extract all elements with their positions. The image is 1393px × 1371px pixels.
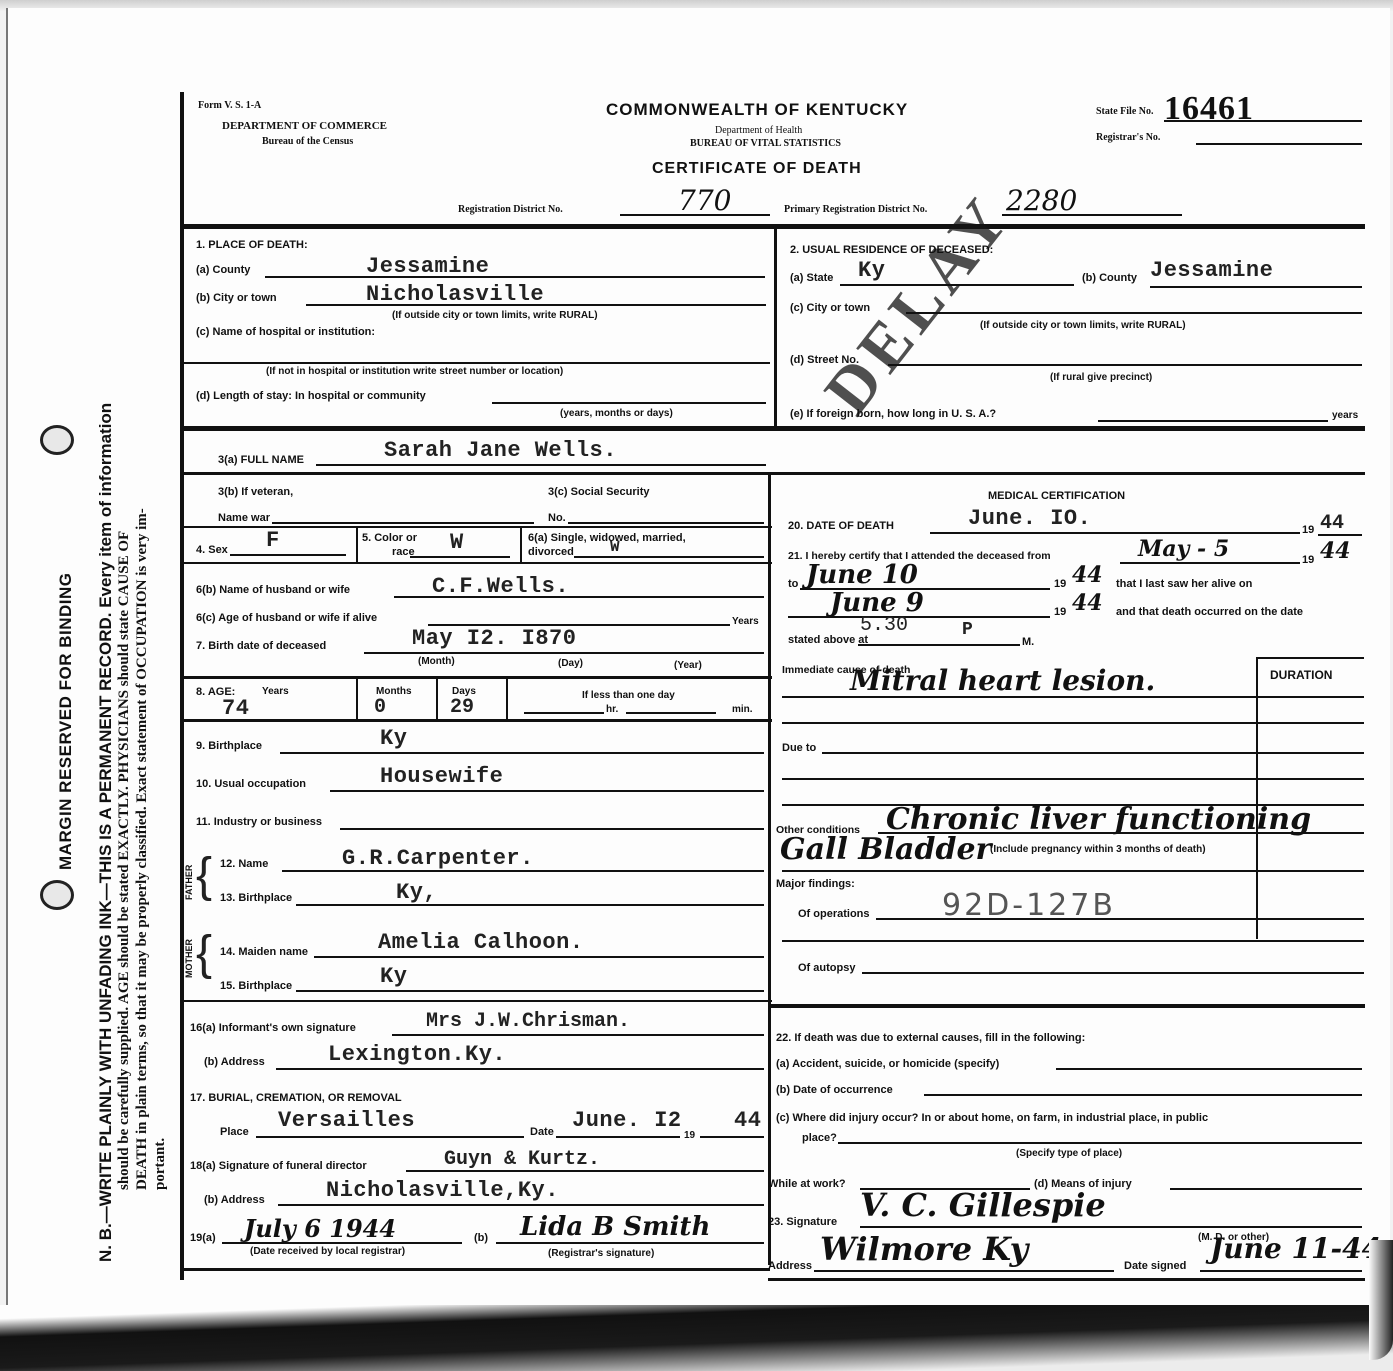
ampm-value: P <box>962 620 973 640</box>
mother-birthplace-label: 15. Birthplace <box>220 980 292 992</box>
instructions-line-2: should be carefully supplied. AGE should… <box>116 531 133 1190</box>
physician-signature-value: V. C. Gillespie <box>860 1186 1106 1224</box>
less-than-day-label: If less than one day <box>582 690 675 701</box>
last-saw-label: that I last saw her alive on <box>1116 578 1252 590</box>
stay-note: (years, months or days) <box>560 408 673 419</box>
informant-address-label: (b) Address <box>204 1056 265 1068</box>
attended-from-year: 44 <box>1320 538 1351 564</box>
informant-signature-value: Mrs J.W.Chrisman. <box>426 1010 630 1033</box>
burial-year-value: 44 <box>734 1108 761 1133</box>
instructions-line-4: portant. <box>152 1138 169 1190</box>
birth-date-value: May I2. I870 <box>412 626 576 651</box>
last-saw-year: 44 <box>1072 590 1103 616</box>
operations-label: Of operations <box>798 908 870 920</box>
primary-district-number: 2280 <box>1006 184 1077 217</box>
instructions-line-1: N. B.—WRITE PLAINLY WITH UNFADING INK—TH… <box>96 403 116 1262</box>
full-name-label: 3(a) FULL NAME <box>218 454 304 466</box>
sex-value: F <box>266 528 280 553</box>
registrar-note: (Registrar's signature) <box>548 1248 654 1259</box>
attended-to-year: 44 <box>1072 562 1103 588</box>
page-curl <box>1369 1240 1393 1360</box>
birth-year-note: (Year) <box>674 660 702 671</box>
place-note: (Specify type of place) <box>1016 1148 1122 1159</box>
burial-date-value: June. I2 <box>572 1108 682 1133</box>
birth-date-label: 7. Birth date of deceased <box>196 640 326 652</box>
foreign-born-unit: years <box>1332 410 1358 421</box>
spouse-age-label: 6(c) Age of husband or wife if alive <box>196 612 377 624</box>
attended-from-value: May - 5 <box>1138 536 1229 562</box>
date-signed-value: June 11-44 <box>1210 1232 1381 1265</box>
state-file-number: 16461 <box>1164 90 1254 128</box>
burial-place-value: Versailles <box>278 1108 415 1133</box>
mother-side-label: MOTHER <box>184 939 194 978</box>
signature-label: 23. Signature <box>768 1216 837 1228</box>
stay-label: (d) Length of stay: In hospital or commu… <box>196 390 426 402</box>
bureau-vital-statistics: BUREAU OF VITAL STATISTICS <box>690 138 841 149</box>
death-certificate-form: Form V. S. 1-A DEPARTMENT OF COMMERCE Bu… <box>170 92 1365 1280</box>
hospital-note: (If not in hospital or institution write… <box>266 366 563 377</box>
birth-month-note: (Month) <box>418 656 455 667</box>
color-value: W <box>450 530 464 555</box>
min-label: min. <box>732 704 753 715</box>
director-address-label: (b) Address <box>204 1194 265 1206</box>
birth-day-note: (Day) <box>558 658 583 669</box>
registration-district-label: Registration District No. <box>458 204 563 215</box>
major-findings-label: Major findings: <box>776 878 855 890</box>
registration-district-number: 770 <box>678 184 731 217</box>
attended-to-value: June 10 <box>806 560 918 590</box>
binding-hole-icon <box>40 425 74 455</box>
city-note: (If outside city or town limits, write R… <box>980 320 1186 331</box>
pregnancy-note: (Include pregnancy within 3 months of de… <box>990 844 1206 855</box>
spouse-age-unit: Years <box>732 616 759 627</box>
burial-date-label: Date <box>530 1126 554 1138</box>
funeral-director-value: Guyn & Kurtz. <box>444 1148 600 1171</box>
primary-district-label: Primary Registration District No. <box>784 204 927 215</box>
department-of-health: Department of Health <box>715 125 802 136</box>
received-date-value: July 6 1944 <box>244 1214 396 1243</box>
age-years-label: Years <box>262 686 289 697</box>
ss-label: 3(c) Social Security <box>548 486 650 498</box>
hr-label: hr. <box>606 704 618 715</box>
medical-heading: MEDICAL CERTIFICATION <box>988 490 1125 502</box>
received-label: 19(a) <box>190 1232 216 1244</box>
marital-value: W <box>610 538 620 556</box>
divorced-label: divorced <box>528 546 574 558</box>
form-left-border <box>180 92 184 1280</box>
attended-to-year-prefix: 19 <box>1054 578 1066 590</box>
external-heading: 22. If death was due to external causes,… <box>776 1032 1085 1044</box>
birthplace-label: 9. Birthplace <box>196 740 262 752</box>
father-name-value: G.R.Carpenter. <box>342 846 534 871</box>
city-label: (b) City or town <box>196 292 277 304</box>
last-saw-year-prefix: 19 <box>1054 606 1066 618</box>
ss-no-label: No. <box>548 512 566 524</box>
county-value: Jessamine <box>1150 258 1273 283</box>
state-label: (a) State <box>790 272 833 284</box>
color-label: 5. Color or <box>362 532 417 544</box>
to-label: to <box>788 578 798 590</box>
marital-label: 6(a) Single, widowed, married, <box>528 532 686 544</box>
burial-year-prefix: 19 <box>684 1130 695 1141</box>
registrar-no-label: Registrar's No. <box>1096 132 1160 143</box>
mother-birthplace-value: Ky <box>380 964 407 989</box>
registrar-signature-value: Lida B Smith <box>520 1212 710 1242</box>
father-brace-icon: { <box>196 848 212 903</box>
sex-label: 4. Sex <box>196 544 228 556</box>
date-of-death-value: June. IO. <box>968 506 1091 531</box>
due-to-label: Due to <box>782 742 816 754</box>
father-side-label: FATHER <box>184 865 194 900</box>
duration-label: DURATION <box>1270 668 1332 682</box>
instructions-line-3: DEATH in plain terms, so that it may be … <box>134 508 151 1190</box>
director-address-value: Nicholasville,Ky. <box>326 1178 559 1203</box>
place-of-death-heading: 1. PLACE OF DEATH: <box>196 239 308 251</box>
time-value: 5.30 <box>860 614 908 637</box>
bureau: Bureau of the Census <box>262 136 353 147</box>
mother-name-value: Amelia Calhoon. <box>378 930 584 955</box>
spouse-label: 6(b) Name of husband or wife <box>196 584 350 596</box>
physician-address-value: Wilmore Ky <box>820 1230 1028 1268</box>
autopsy-label: Of autopsy <box>798 962 855 974</box>
age-days-value: 29 <box>450 696 474 719</box>
immediate-cause-value: Mitral heart lesion. <box>850 664 1155 697</box>
full-name-value: Sarah Jane Wells. <box>384 438 617 463</box>
birthplace-value: Ky <box>380 726 407 751</box>
at-work-label: While at work? <box>768 1178 846 1190</box>
stated-above-label: stated above at <box>788 634 868 646</box>
header-divider <box>180 224 1365 229</box>
other-conditions-value-2: Gall Bladder <box>780 832 991 867</box>
name-war-label: Name war <box>218 512 270 524</box>
informant-address-value: Lexington.Ky. <box>328 1042 506 1067</box>
city-note: (If outside city or town limits, write R… <box>392 310 598 321</box>
received-note: (Date received by local registrar) <box>250 1246 405 1257</box>
mother-brace-icon: { <box>196 926 212 981</box>
mother-name-label: 14. Maiden name <box>220 946 308 958</box>
street-label: (d) Street No. <box>790 354 859 366</box>
address-label: Address <box>768 1260 812 1272</box>
department: DEPARTMENT OF COMMERCE <box>222 120 387 132</box>
father-birthplace-label: 13. Birthplace <box>220 892 292 904</box>
binding-hole-icon <box>40 880 74 910</box>
county-label: (a) County <box>196 264 250 276</box>
registrar-label: (b) <box>474 1232 488 1244</box>
residence-heading: 2. USUAL RESIDENCE OF DECEASED: <box>790 244 993 256</box>
m-label: M. <box>1022 636 1034 648</box>
occupation-label: 10. Usual occupation <box>196 778 306 790</box>
age-months-value: 0 <box>374 696 386 719</box>
occupation-value: Housewife <box>380 764 503 789</box>
date-of-death-label: 20. DATE OF DEATH <box>788 520 894 532</box>
column-divider <box>768 475 771 1265</box>
where-label: (c) Where did injury occur? In or about … <box>776 1112 1208 1124</box>
accident-label: (a) Accident, suicide, or homicide (spec… <box>776 1058 999 1070</box>
industry-label: 11. Industry or business <box>196 816 322 828</box>
funeral-director-label: 18(a) Signature of funeral director <box>190 1160 367 1172</box>
county-label: (b) County <box>1082 272 1137 284</box>
form-number: Form V. S. 1-A <box>198 100 261 111</box>
state-file-label: State File No. <box>1096 106 1154 117</box>
city-label: (c) City or town <box>790 302 870 314</box>
margin-binding-note: MARGIN RESERVED FOR BINDING <box>56 573 76 871</box>
street-note: (If rural give precinct) <box>1050 372 1152 383</box>
death-year-prefix: 19 <box>1302 524 1314 536</box>
state-value: Ky <box>858 258 885 283</box>
foreign-born-label: (e) If foreign born, how long in U. S. A… <box>790 408 996 420</box>
informant-signature-label: 16(a) Informant's own signature <box>190 1022 356 1034</box>
occurrence-label: (b) Date of occurrence <box>776 1084 893 1096</box>
scan-bottom-edge <box>0 1305 1393 1371</box>
attended-from-year-prefix: 19 <box>1302 554 1314 566</box>
death-occurred-label: and that death occurred on the date <box>1116 606 1303 618</box>
death-year-value: 44 <box>1320 512 1344 535</box>
hospital-label: (c) Name of hospital or institution: <box>196 326 375 338</box>
veteran-label: 3(b) If veteran, <box>218 486 293 498</box>
burial-heading: 17. BURIAL, CREMATION, OR REMOVAL <box>190 1092 402 1104</box>
age-years-value: 74 <box>222 696 249 721</box>
place-label: place? <box>802 1132 837 1144</box>
father-name-label: 12. Name <box>220 858 268 870</box>
father-birthplace-value: Ky, <box>396 880 437 905</box>
commonwealth-title: COMMONWEALTH OF KENTUCKY <box>606 100 908 120</box>
burial-place-label: Place <box>220 1126 249 1138</box>
date-signed-label: Date signed <box>1124 1260 1186 1272</box>
certificate-title: CERTIFICATE OF DEATH <box>652 160 862 178</box>
